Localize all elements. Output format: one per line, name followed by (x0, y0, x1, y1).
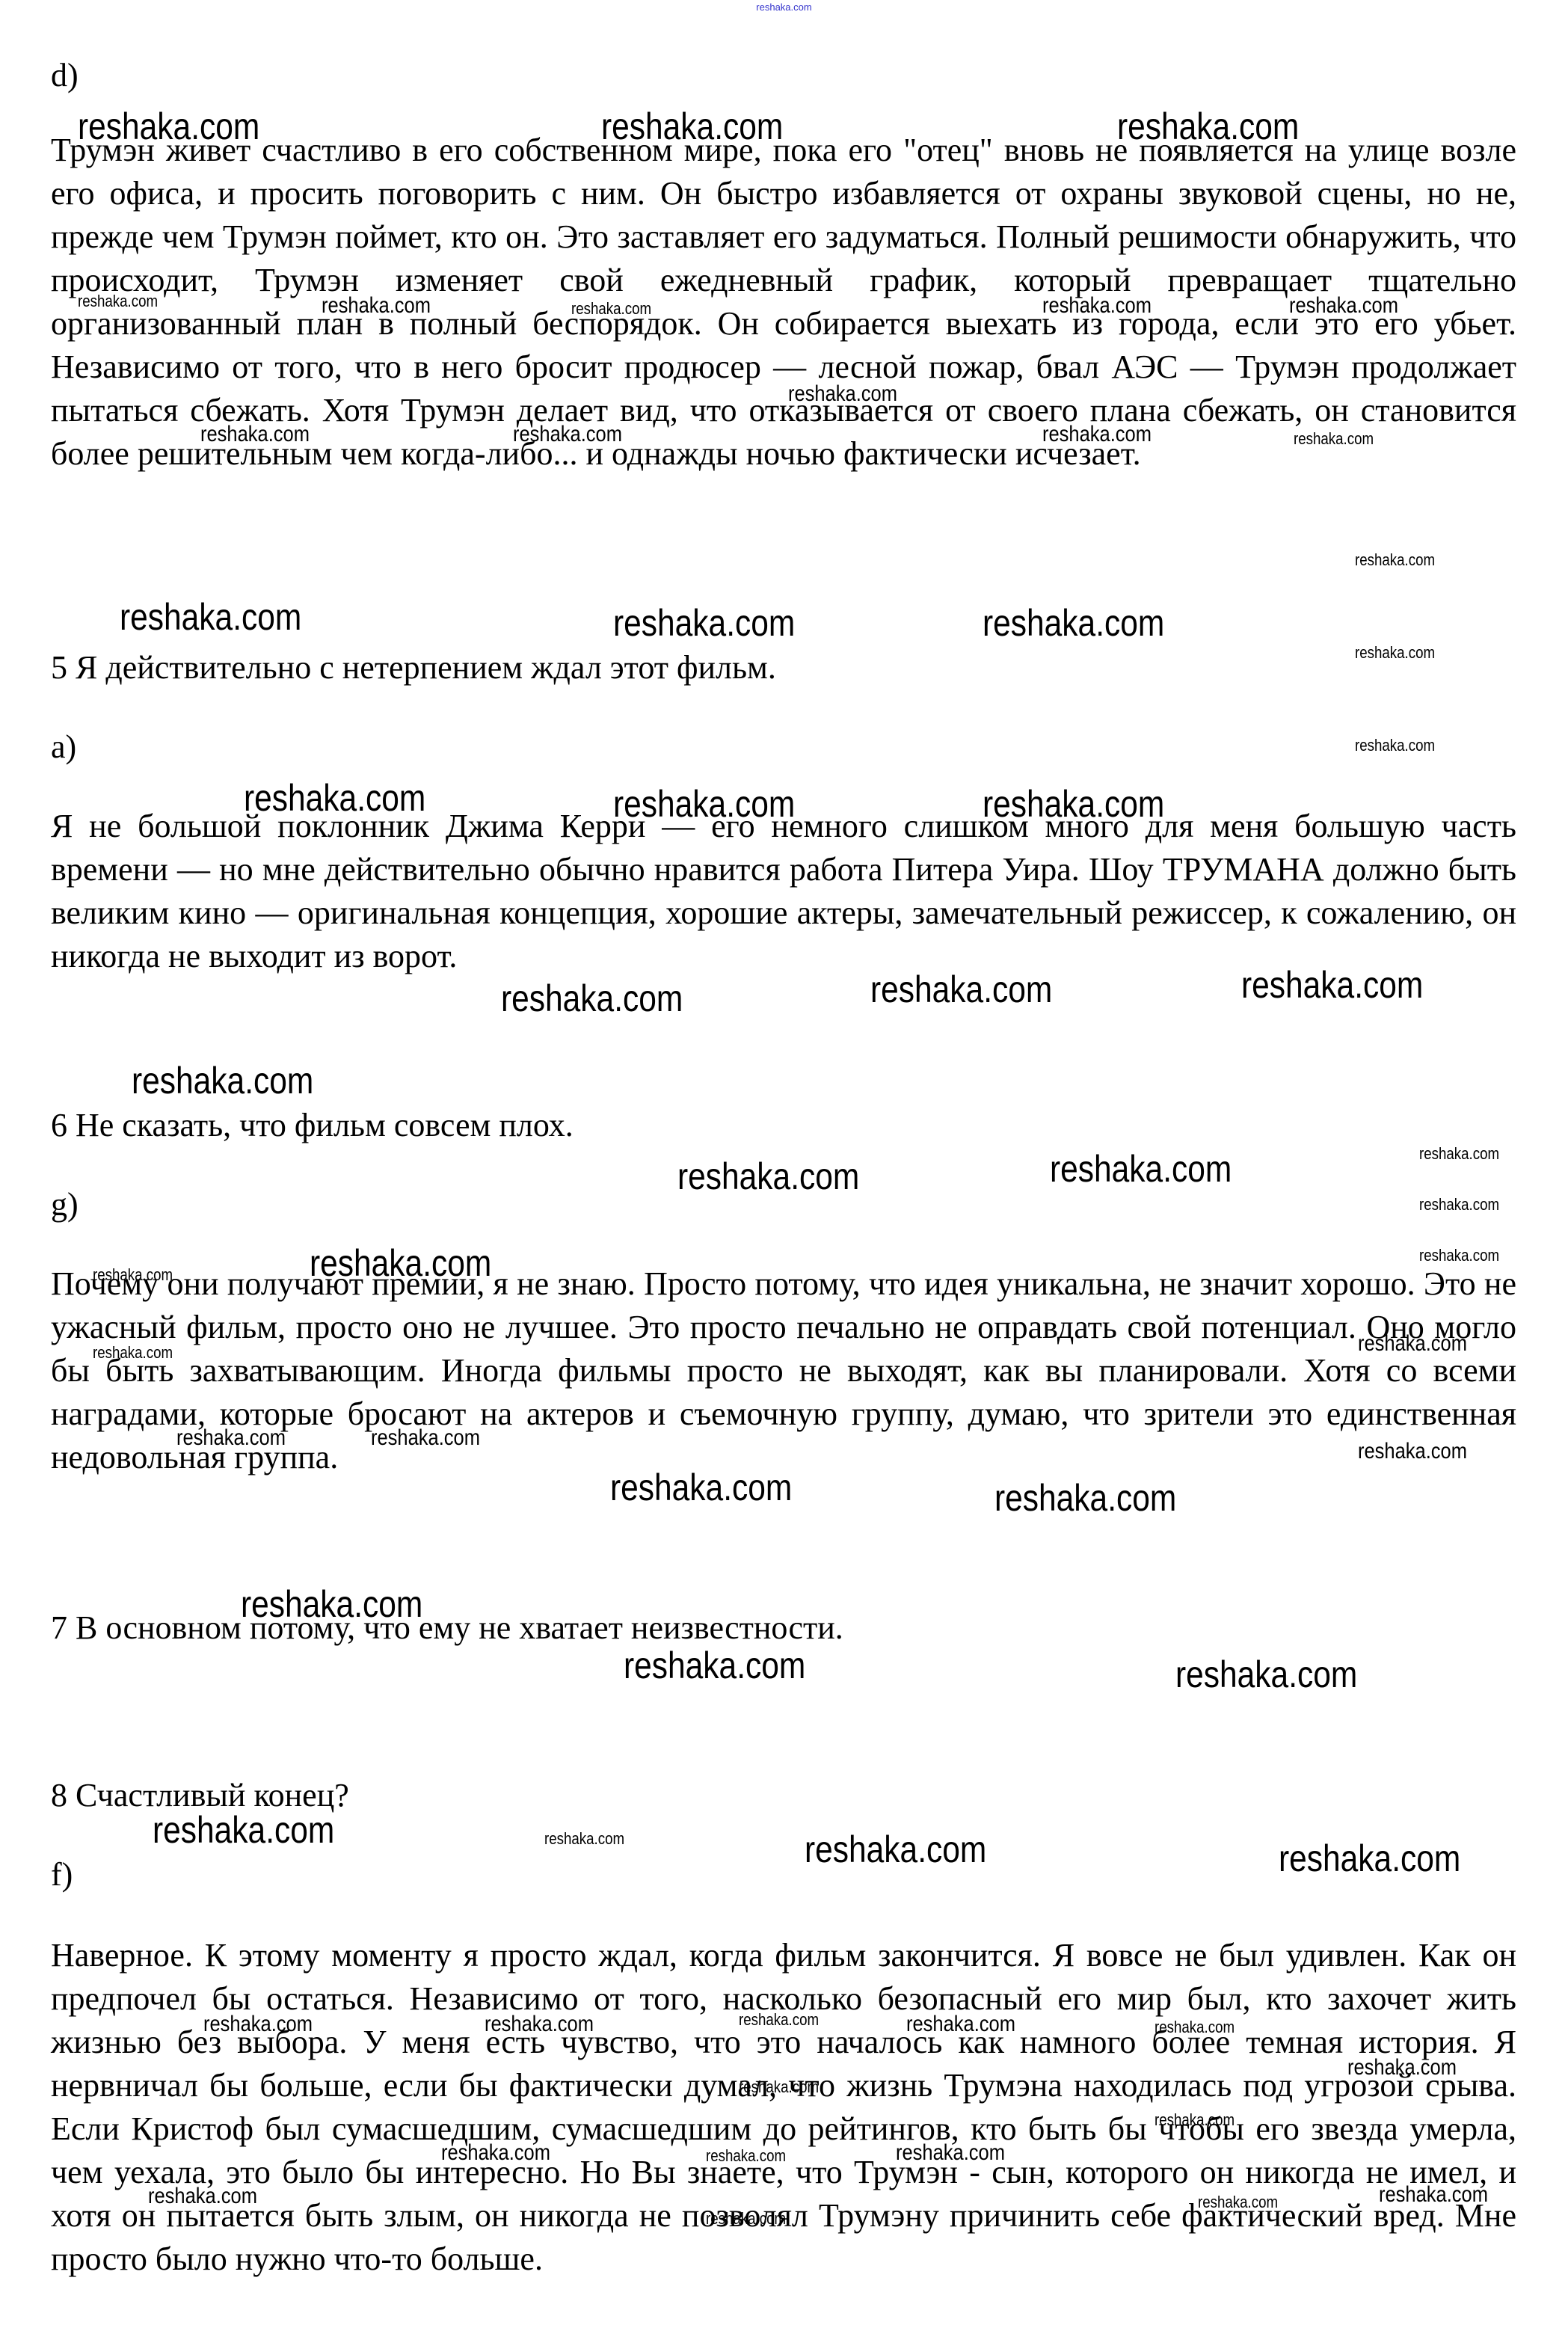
site-header-link[interactable]: reshaka.com (0, 1, 1568, 13)
watermark: reshaka.com (1241, 963, 1423, 1007)
watermark: reshaka.com (601, 105, 783, 148)
watermark: reshaka.com (1175, 1653, 1357, 1696)
watermark: reshaka.com (200, 422, 310, 447)
answer-label-f: f) (51, 1853, 73, 1897)
watermark: reshaka.com (739, 2077, 819, 2097)
watermark: reshaka.com (613, 782, 795, 826)
watermark: reshaka.com (244, 776, 425, 820)
watermark: reshaka.com (906, 2012, 1015, 2037)
question-6: 6 Не сказать, что фильм совсем плох. (51, 1104, 574, 1147)
watermark: reshaka.com (571, 299, 651, 319)
watermark: reshaka.com (132, 1059, 313, 1102)
watermark: reshaka.com (1294, 429, 1374, 449)
watermark: reshaka.com (1419, 1195, 1499, 1214)
watermark: reshaka.com (870, 968, 1052, 1011)
watermark: reshaka.com (1419, 1144, 1499, 1164)
watermark: reshaka.com (1279, 1837, 1460, 1880)
watermark: reshaka.com (983, 601, 1164, 645)
watermark: reshaka.com (896, 2140, 1005, 2166)
watermark: reshaka.com (148, 2184, 257, 2209)
watermark: reshaka.com (93, 1343, 173, 1363)
watermark: reshaka.com (706, 2146, 786, 2166)
watermark: reshaka.com (120, 595, 301, 639)
watermark: reshaka.com (501, 977, 683, 1020)
watermark: reshaka.com (706, 2209, 786, 2229)
watermark: reshaka.com (1289, 293, 1398, 319)
watermark: reshaka.com (203, 2012, 313, 2037)
watermark: reshaka.com (1155, 2018, 1235, 2037)
watermark: reshaka.com (176, 1425, 286, 1451)
watermark: reshaka.com (1198, 2193, 1278, 2212)
watermark: reshaka.com (241, 1582, 422, 1626)
watermark: reshaka.com (78, 292, 158, 311)
watermark: reshaka.com (1042, 422, 1152, 447)
watermark: reshaka.com (677, 1155, 859, 1198)
answer-label-g: g) (51, 1183, 79, 1226)
watermark: reshaka.com (1355, 550, 1435, 570)
watermark: reshaka.com (1379, 2182, 1488, 2208)
watermark: reshaka.com (322, 293, 431, 319)
watermark: reshaka.com (153, 1808, 334, 1852)
watermark: reshaka.com (1042, 293, 1152, 319)
watermark: reshaka.com (788, 381, 897, 407)
watermark: reshaka.com (983, 782, 1164, 826)
watermark: reshaka.com (624, 1644, 805, 1687)
answer-label-d: d) (51, 54, 79, 97)
watermark: reshaka.com (1355, 736, 1435, 755)
watermark: reshaka.com (441, 2140, 550, 2166)
watermark: reshaka.com (1347, 2055, 1457, 2080)
watermark: reshaka.com (485, 2012, 594, 2037)
answer-paragraph-f: Наверное. К этому моменту я просто ждал,… (51, 1934, 1516, 2281)
watermark: reshaka.com (1155, 2110, 1235, 2130)
question-5: 5 Я действительно с нетерпением ждал это… (51, 646, 776, 690)
watermark: reshaka.com (613, 601, 795, 645)
watermark: reshaka.com (1419, 1246, 1499, 1265)
watermark: reshaka.com (1358, 1331, 1467, 1357)
watermark: reshaka.com (544, 1829, 624, 1849)
watermark: reshaka.com (310, 1241, 491, 1285)
watermark: reshaka.com (1355, 643, 1435, 663)
watermark: reshaka.com (1358, 1439, 1467, 1464)
watermark: reshaka.com (610, 1466, 792, 1509)
answer-paragraph-a: Я не большой поклонник Джима Керри — его… (51, 805, 1516, 978)
watermark: reshaka.com (371, 1425, 480, 1451)
watermark: reshaka.com (1050, 1147, 1232, 1191)
watermark: reshaka.com (78, 105, 259, 148)
watermark: reshaka.com (93, 1265, 173, 1285)
watermark: reshaka.com (805, 1828, 986, 1871)
answer-label-a: a) (51, 725, 76, 769)
watermark: reshaka.com (1117, 105, 1299, 148)
watermark: reshaka.com (994, 1476, 1176, 1520)
watermark: reshaka.com (739, 2010, 819, 2030)
watermark: reshaka.com (513, 422, 622, 447)
